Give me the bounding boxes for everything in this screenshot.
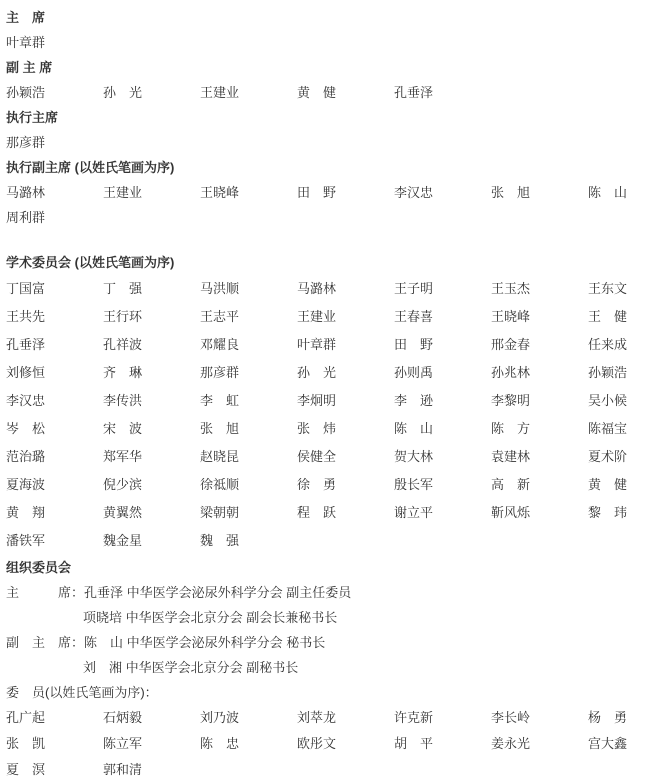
member-name: 宋 波: [103, 415, 200, 443]
member-name: 王晓峰: [491, 303, 588, 331]
member-name: 高 新: [491, 471, 588, 499]
member-name: 杨 勇: [588, 705, 650, 731]
member-name: 黄 健: [297, 80, 394, 105]
academic-row: 潘铁军 魏金星 魏 强: [6, 527, 650, 555]
member-name: 郭和清: [103, 757, 200, 783]
org-chair-line: 项晓培 中华医学会北京分会 副会长兼秘书长: [6, 605, 650, 630]
member-name: 陈福宝: [588, 415, 650, 443]
organizing-committee-heading: 组织委员会: [6, 555, 650, 580]
member-name: 陈立军: [103, 731, 200, 757]
vice-chairman-heading: 副 主 席: [6, 55, 650, 80]
member-name: 姜永光: [491, 731, 588, 757]
member-name: 叶章群: [297, 331, 394, 359]
member-name: 王建业: [200, 80, 297, 105]
member-name: 夏海波: [6, 471, 103, 499]
member-name: 殷长军: [394, 471, 491, 499]
member-name: 王春喜: [394, 303, 491, 331]
member-name: 欧彤文: [297, 731, 394, 757]
member-name: 石炳毅: [103, 705, 200, 731]
member-name: 王子明: [394, 275, 491, 303]
member-name: 那彦群: [200, 359, 297, 387]
vice-chairmen-row: 孙颖浩 孙 光 王建业 黄 健 孔垂泽: [6, 80, 650, 105]
member-name: 张 旭: [491, 180, 588, 205]
member-name: 李长岭: [491, 705, 588, 731]
member-name: 孙则禹: [394, 359, 491, 387]
member-name: 李炯明: [297, 387, 394, 415]
member-name: 王东文: [588, 275, 650, 303]
org-vice-chair-line: 刘 湘 中华医学会北京分会 副秘书长: [6, 655, 650, 680]
member-name: 刘乃波: [200, 705, 297, 731]
member-name: 许克新: [394, 705, 491, 731]
member-name: 倪少滨: [103, 471, 200, 499]
member-name: 王建业: [103, 180, 200, 205]
member-name: 梁朝朝: [200, 499, 297, 527]
member-name: 邓耀良: [200, 331, 297, 359]
member-name: 丁国富: [6, 275, 103, 303]
member-name: 齐 琳: [103, 359, 200, 387]
academic-row: 夏海波 倪少滨 徐祗顺 徐 勇 殷长军 高 新 黄 健: [6, 471, 650, 499]
exec-vice-chairmen-row: 马潞林 王建业 王晓峰 田 野 李汉忠 张 旭 陈 山: [6, 180, 650, 205]
member-name: 田 野: [297, 180, 394, 205]
member-name: 孙 光: [103, 80, 200, 105]
member-name: 张 旭: [200, 415, 297, 443]
academic-row: 李汉忠 李传洪 李 虹 李炯明 李 逊 李黎明 吴小候: [6, 387, 650, 415]
member-name: 徐祗顺: [200, 471, 297, 499]
exec-chairman-name: 那彦群: [6, 130, 650, 155]
member-name: 宫大鑫: [588, 731, 650, 757]
org-members-heading: 委 员(以姓氏笔画为序)：: [6, 680, 650, 705]
member-name: 李 虹: [200, 387, 297, 415]
member-name: 李 逊: [394, 387, 491, 415]
member-name: 侯健全: [297, 443, 394, 471]
academic-row: 孔垂泽 孔祥波 邓耀良 叶章群 田 野 邢金春 任来成: [6, 331, 650, 359]
member-name: 谢立平: [394, 499, 491, 527]
member-name: 黄 健: [588, 471, 650, 499]
member-name: 任来成: [588, 331, 650, 359]
member-name: 黄翼然: [103, 499, 200, 527]
member-name: 夏术阶: [588, 443, 650, 471]
member-name: 李汉忠: [394, 180, 491, 205]
org-member-row: 张 凯 陈立军 陈 忠 欧彤文 胡 平 姜永光 宫大鑫: [6, 731, 650, 757]
member-name: 邢金春: [491, 331, 588, 359]
org-member-row: 孔广起 石炳毅 刘乃波 刘萃龙 许克新 李长岭 杨 勇: [6, 705, 650, 731]
member-name: 张 凯: [6, 731, 103, 757]
member-name: 田 野: [394, 331, 491, 359]
member-name: 孙 光: [297, 359, 394, 387]
member-name: 李汉忠: [6, 387, 103, 415]
member-name: 王共先: [6, 303, 103, 331]
academic-row: 范治璐 郑军华 赵晓昆 侯健全 贺大林 袁建林 夏术阶: [6, 443, 650, 471]
member-name: 王晓峰: [200, 180, 297, 205]
member-name: 孙颖浩: [6, 80, 103, 105]
member-name: 袁建林: [491, 443, 588, 471]
member-name: 夏 溟: [6, 757, 103, 783]
member-name: 岑 松: [6, 415, 103, 443]
exec-chairman-heading: 执行主席: [6, 105, 650, 130]
academic-row: 王共先 王行环 王志平 王建业 王春喜 王晓峰 王 健: [6, 303, 650, 331]
academic-row: 岑 松 宋 波 张 旭 张 炜 陈 山 陈 方 陈福宝: [6, 415, 650, 443]
chairman-heading: 主 席: [6, 5, 650, 30]
member-name: 黄 翔: [6, 499, 103, 527]
member-name: 孔祥波: [103, 331, 200, 359]
org-member-row: 夏 溟 郭和清: [6, 757, 650, 783]
member-name: 胡 平: [394, 731, 491, 757]
org-chair-line: 主 席：孔垂泽 中华医学会泌尿外科学分会 副主任委员: [6, 580, 650, 605]
member-name: 王建业: [297, 303, 394, 331]
member-name: 马潞林: [297, 275, 394, 303]
member-name: 潘铁军: [6, 527, 103, 555]
chairman-name: 叶章群: [6, 30, 650, 55]
academic-row: 丁国富 丁 强 马洪顺 马潞林 王子明 王玉杰 王东文: [6, 275, 650, 303]
academic-committee-heading: 学术委员会 (以姓氏笔画为序): [6, 250, 650, 275]
member-name: 魏 强: [200, 527, 297, 555]
member-name: 黎 玮: [588, 499, 650, 527]
member-name: 郑军华: [103, 443, 200, 471]
exec-vice-chairman-heading: 执行副主席 (以姓氏笔画为序): [6, 155, 650, 180]
member-name: 孙颖浩: [588, 359, 650, 387]
member-name: 马洪顺: [200, 275, 297, 303]
section-divider-space: [6, 230, 650, 250]
member-name: 李传洪: [103, 387, 200, 415]
member-name: 王行环: [103, 303, 200, 331]
member-name: 孙兆林: [491, 359, 588, 387]
member-name: 王 健: [588, 303, 650, 331]
member-name: 王志平: [200, 303, 297, 331]
exec-vice-chairman-name: 周利群: [6, 205, 650, 230]
member-name: 孔广起: [6, 705, 103, 731]
member-name: 马潞林: [6, 180, 103, 205]
member-name: 靳风烁: [491, 499, 588, 527]
member-name: 王玉杰: [491, 275, 588, 303]
member-name: 李黎明: [491, 387, 588, 415]
academic-row: 刘修恒 齐 琳 那彦群 孙 光 孙则禹 孙兆林 孙颖浩: [6, 359, 650, 387]
member-name: 贺大林: [394, 443, 491, 471]
member-name: 吴小候: [588, 387, 650, 415]
member-name: 范治璐: [6, 443, 103, 471]
member-name: 丁 强: [103, 275, 200, 303]
member-name: 徐 勇: [297, 471, 394, 499]
member-name: 赵晓昆: [200, 443, 297, 471]
member-name: 陈 山: [588, 180, 650, 205]
academic-row: 黄 翔 黄翼然 梁朝朝 程 跃 谢立平 靳风烁 黎 玮: [6, 499, 650, 527]
member-name: 陈 方: [491, 415, 588, 443]
member-name: 程 跃: [297, 499, 394, 527]
org-vice-chair-line: 副 主 席：陈 山 中华医学会泌尿外科学分会 秘书长: [6, 630, 650, 655]
member-name: 陈 山: [394, 415, 491, 443]
member-name: 张 炜: [297, 415, 394, 443]
member-name: 魏金星: [103, 527, 200, 555]
member-name: 刘修恒: [6, 359, 103, 387]
member-name: 孔垂泽: [6, 331, 103, 359]
member-name: 孔垂泽: [394, 80, 491, 105]
member-name: 刘萃龙: [297, 705, 394, 731]
committee-roster-document: 主 席 叶章群 副 主 席 孙颖浩 孙 光 王建业 黄 健 孔垂泽 执行主席 那…: [0, 0, 650, 783]
member-name: 陈 忠: [200, 731, 297, 757]
